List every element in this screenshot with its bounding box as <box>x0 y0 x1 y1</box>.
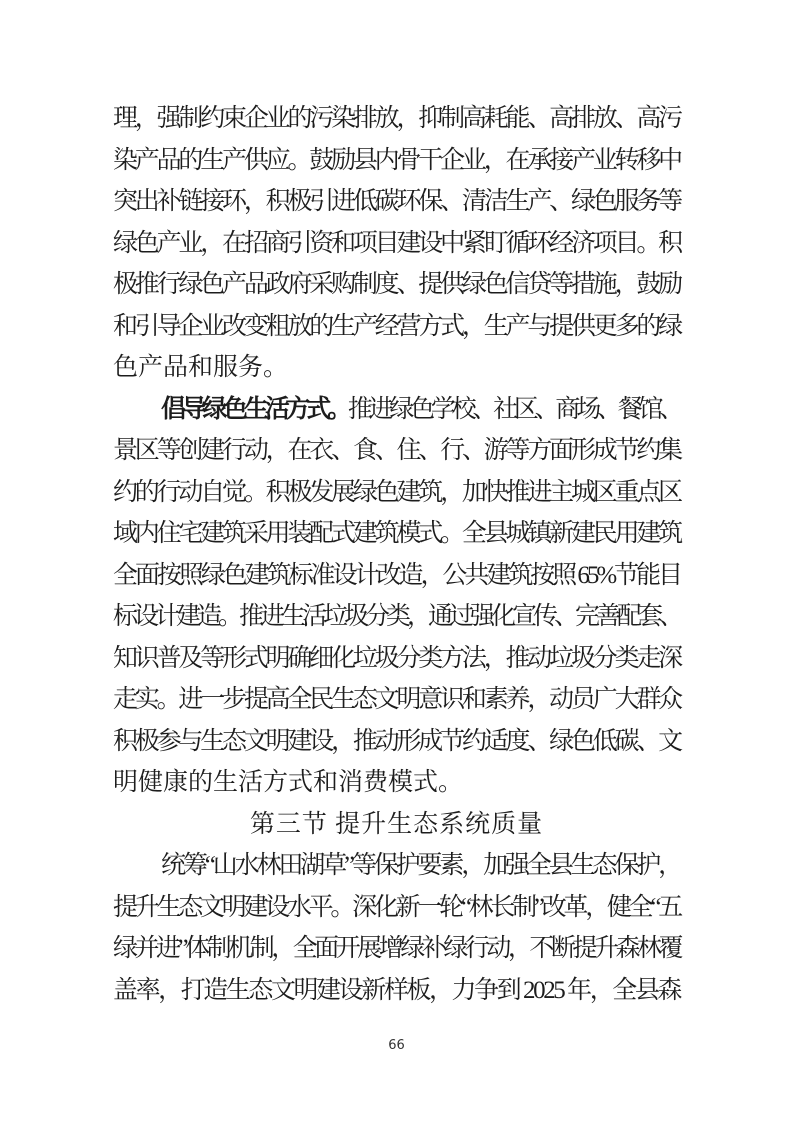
line-text: 积极参与生态文明建设，推动形成节约适度、绿色低碳、文 <box>113 728 680 755</box>
text-line: 绿并进”体制机制，全面开展增绿补绿行动，不断提升森林覆 <box>113 928 680 970</box>
page-number: 66 <box>0 1038 793 1053</box>
text-line: 知识普及等形式明确细化垃圾分类方法，推动垃圾分类走深 <box>113 638 680 680</box>
line-text: 明健康的生活方式和消费模式。 <box>113 769 463 796</box>
section-heading: 第三节 提升生态系统质量 <box>113 804 680 846</box>
line-text: 推进绿色学校、社区、商场、餐馆、 <box>348 396 680 423</box>
line-text: 全面按照绿色建筑标准设计改造，公共建筑按照 65%节能目 <box>113 562 680 589</box>
text-line: 域内住宅建筑采用装配式建筑模式。全县城镇新建民用建筑 <box>113 513 680 555</box>
line-text: 突出补链接环，积极引进低碳环保、清洁生产、绿色服务等 <box>113 188 680 215</box>
text-line: 和引导企业改变粗放的生产经营方式，生产与提供更多的绿 <box>113 306 680 348</box>
text-line: 约的行动自觉。积极发展绿色建筑，加快推进主城区重点区 <box>113 472 680 514</box>
line-text: 极推行绿色产品政府采购制度、提供绿色信贷等措施，鼓励 <box>113 271 680 298</box>
line-text: 提升生态文明建设水平。深化新一轮“林长制”改革，健全“五 <box>113 894 680 921</box>
text-line: 染产品的生产供应。鼓励县内骨干企业，在承接产业转移中 <box>113 140 680 182</box>
document-page: 理，强制约束企业的污染排放，抑制高耗能、高排放、高污 染产品的生产供应。鼓励县内… <box>0 0 793 1122</box>
text-line: 极推行绿色产品政府采购制度、提供绿色信贷等措施，鼓励 <box>113 264 680 306</box>
text-line: 积极参与生态文明建设，推动形成节约适度、绿色低碳、文 <box>113 721 680 763</box>
text-line: 景区等创建行动，在衣、食、住、行、游等方面形成节约集 <box>113 430 680 472</box>
line-text: 理，强制约束企业的污染排放，抑制高耗能、高排放、高污 <box>113 105 680 132</box>
text-line: 绿色产业，在招商引资和项目建设中紧盯循环经济项目。积 <box>113 223 680 265</box>
line-text: 景区等创建行动，在衣、食、住、行、游等方面形成节约集 <box>113 437 680 464</box>
text-line: 突出补链接环，积极引进低碳环保、清洁生产、绿色服务等 <box>113 181 680 223</box>
line-text: 盖率，打造生态文明建设新样板，力争到 2025 年，全县森 <box>113 977 680 1004</box>
line-text: 走实。进一步提高全民生态文明意识和素养，动员广大群众 <box>113 686 680 713</box>
line-text: 约的行动自觉。积极发展绿色建筑，加快推进主城区重点区 <box>113 479 680 506</box>
bold-lead-in: 倡导绿色生活方式。 <box>161 395 348 423</box>
text-line: 理，强制约束企业的污染排放，抑制高耗能、高排放、高污 <box>113 98 680 140</box>
line-text: 统筹“山水林田湖草”等保护要素，加强全县生态保护， <box>161 852 680 879</box>
line-text: 色产品和服务。 <box>113 354 288 381</box>
line-text: 知识普及等形式明确细化垃圾分类方法，推动垃圾分类走深 <box>113 645 680 672</box>
line-text: 绿并进”体制机制，全面开展增绿补绿行动，不断提升森林覆 <box>113 935 680 962</box>
section-heading-text: 第三节 提升生态系统质量 <box>250 811 543 838</box>
line-text: 染产品的生产供应。鼓励县内骨干企业，在承接产业转移中 <box>113 147 680 174</box>
text-line-paragraph-start: 倡导绿色生活方式。推进绿色学校、社区、商场、餐馆、 <box>113 389 680 431</box>
text-block: 理，强制约束企业的污染排放，抑制高耗能、高排放、高污 染产品的生产供应。鼓励县内… <box>113 98 680 1011</box>
line-text: 绿色产业，在招商引资和项目建设中紧盯循环经济项目。积 <box>113 230 680 257</box>
line-text: 和引导企业改变粗放的生产经营方式，生产与提供更多的绿 <box>113 313 680 340</box>
text-line-paragraph-start: 统筹“山水林田湖草”等保护要素，加强全县生态保护， <box>113 845 680 887</box>
line-text: 标设计建造。推进生活垃圾分类，通过强化宣传、完善配套、 <box>113 603 680 630</box>
text-line: 全面按照绿色建筑标准设计改造，公共建筑按照 65%节能目 <box>113 555 680 597</box>
text-line: 提升生态文明建设水平。深化新一轮“林长制”改革，健全“五 <box>113 887 680 929</box>
text-line: 盖率，打造生态文明建设新样板，力争到 2025 年，全县森 <box>113 970 680 1012</box>
line-text: 域内住宅建筑采用装配式建筑模式。全县城镇新建民用建筑 <box>113 520 680 547</box>
text-line: 标设计建造。推进生活垃圾分类，通过强化宣传、完善配套、 <box>113 596 680 638</box>
text-line-paragraph-end: 色产品和服务。 <box>113 347 680 389</box>
text-line: 走实。进一步提高全民生态文明意识和素养，动员广大群众 <box>113 679 680 721</box>
text-line-paragraph-end: 明健康的生活方式和消费模式。 <box>113 762 680 804</box>
